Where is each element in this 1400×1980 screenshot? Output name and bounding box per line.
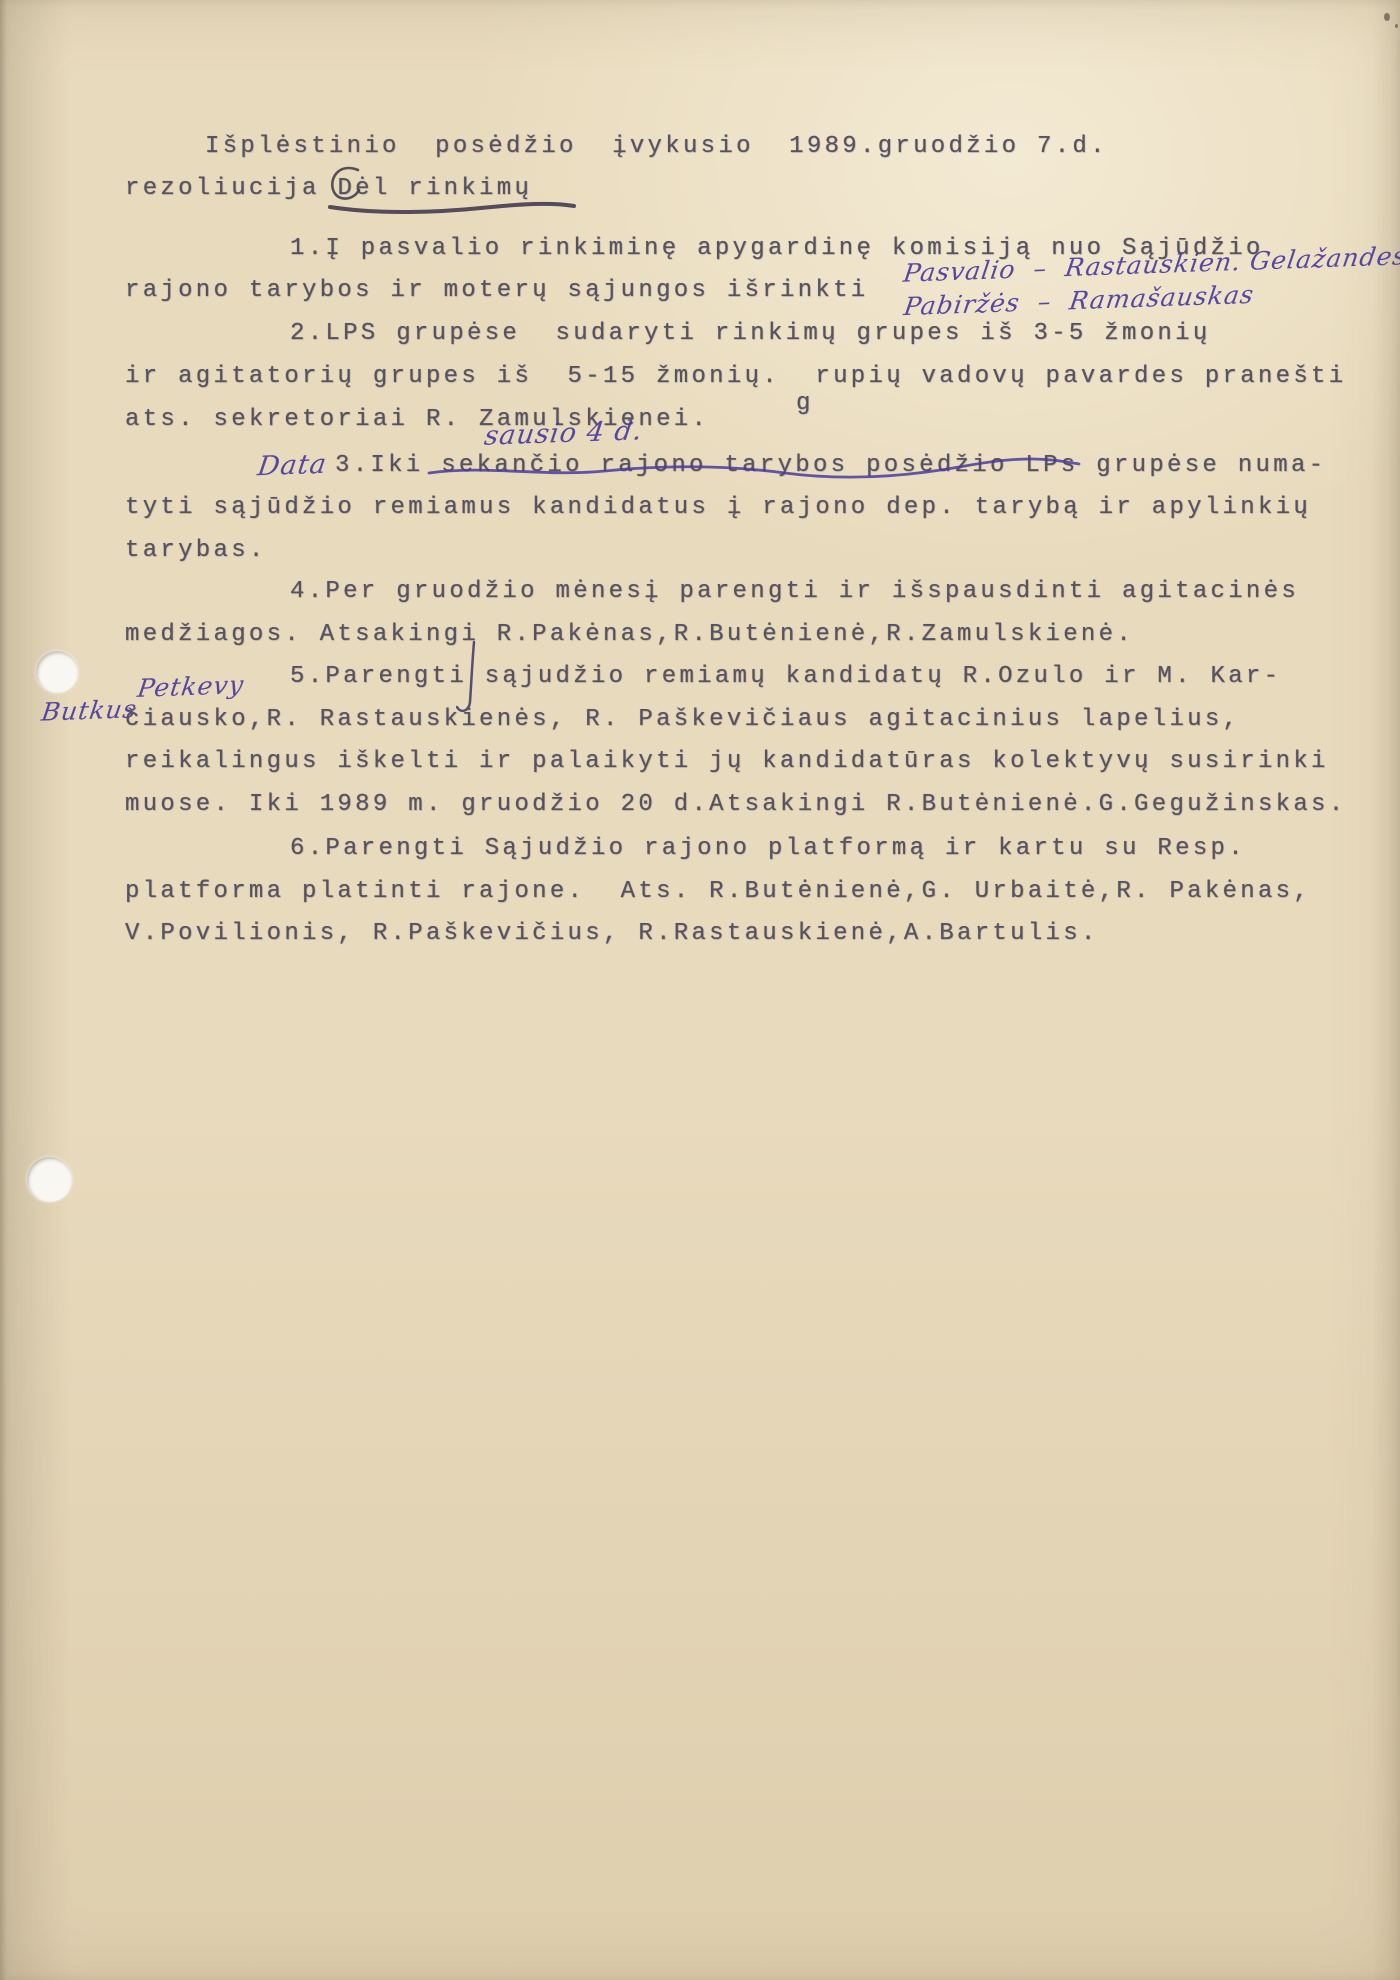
item-2-line-1: 2.LPS grupėse sudaryti rinkimų grupes iš… xyxy=(290,320,1211,347)
item-4-line-1: 4.Per gruodžio mėnesį parengti ir išspau… xyxy=(290,578,1299,605)
heading-line-2-prefix: rezoliucija xyxy=(125,175,337,202)
paper-speck xyxy=(1395,24,1398,28)
item-2-dropped-letter: g xyxy=(796,390,814,417)
title-underline xyxy=(326,198,582,218)
item-3-line-2: tyti sąjūdžio remiamus kandidatus į rajo… xyxy=(125,494,1311,521)
strikethrough-mark xyxy=(425,455,1085,483)
paper-speck xyxy=(1384,13,1390,21)
handwritten-margin-note-item5-top: Petkevy xyxy=(136,670,246,703)
heading-line-1: Išplėstinio posėdžio įvykusio 1989.gruod… xyxy=(205,133,1108,160)
item-1-line-2: rajono tarybos ir moterų sąjungos išrink… xyxy=(125,277,869,304)
item-2-line-2: ir agitatorių grupes iš 5-15 žmonių. rup… xyxy=(125,363,1346,390)
handwritten-margin-note-item3: Data xyxy=(256,449,329,482)
hole-punch-bottom xyxy=(27,1157,72,1202)
hole-punch-top xyxy=(36,651,78,693)
item-5-line-4: muose. Iki 1989 m. gruodžio 20 d.Atsakin… xyxy=(125,791,1346,818)
document-page: Išplėstinio posėdžio įvykusio 1989.gruod… xyxy=(0,0,1400,1980)
item-6-line-2: platforma platinti rajone. Ats. R.Butėni… xyxy=(125,878,1311,905)
handwritten-district-note-2: Pabiržės – Ramašauskas xyxy=(902,280,1256,321)
item-4-line-2: medžiagos. Atsakingi R.Pakėnas,R.Butėnie… xyxy=(125,621,1134,648)
item-5-line-2: čiausko,R. Rastauskienės, R. Paškevičiau… xyxy=(125,706,1240,733)
item-5-line-1: 5.Parengti sąjudžio remiamų kandidatų R.… xyxy=(290,663,1281,690)
item-3-line-3: tarybas. xyxy=(125,537,267,564)
item-5-line-3: reikalingus iškelti ir palaikyti jų kand… xyxy=(125,748,1329,775)
item-6-line-1: 6.Parengti Sąjudžio rajono platformą ir … xyxy=(290,835,1246,862)
handwritten-date-correction: sausio 4 d. xyxy=(482,415,645,451)
item-6-line-3: V.Povilionis, R.Paškevičius, R.Rastauski… xyxy=(125,920,1099,947)
